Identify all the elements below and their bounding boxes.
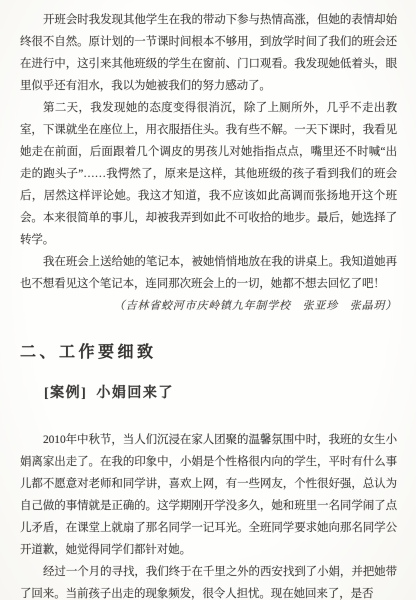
case-story-block: 2010年中秋节，当人们沉浸在家人团聚的温馨氛围中时，我班的女生小娟离家出走了。… [20, 429, 397, 600]
book-page: 开班会时我发现其他学生在我的带动下参与热情高涨，但她的表情却始终很不自然。原计划… [0, 0, 416, 600]
case-title-line: [案例]小娟回来了 [44, 385, 397, 403]
case-label: [案例] [44, 386, 87, 401]
story-paragraph-2: 经过一个月的寻找，我们终于在千里之外的西安找到了小娟，并把她带了回来。当前孩子出… [20, 561, 397, 600]
section-heading: 二、工作要细致 [20, 343, 397, 363]
case-name: 小娟回来了 [96, 386, 174, 401]
reflection-paragraph-1: 开班会时我发现其他学生在我的带动下参与热情高涨，但她的表情却始终很不自然。原计划… [20, 9, 397, 97]
story-paragraph-1: 2010年中秋节，当人们沉浸在家人团聚的温馨氛围中时，我班的女生小娟离家出走了。… [20, 429, 397, 561]
author-attribution: （吉林省蛟河市庆岭镇九年制学校 张亚珍 张晶玥） [20, 295, 397, 317]
reflection-paragraph-2: 第二天，我发现她的态度变得很消沉，除了上厕所外，几乎不走出教室，下课就坐在座位上… [20, 97, 397, 251]
case-reflection-block: 开班会时我发现其他学生在我的带动下参与热情高涨，但她的表情却始终很不自然。原计划… [20, 9, 397, 317]
reflection-paragraph-3: 我在班会上送给她的笔记本，被她悄悄地放在我的讲桌上。我知道她再也不想看见这个笔记… [20, 251, 397, 295]
